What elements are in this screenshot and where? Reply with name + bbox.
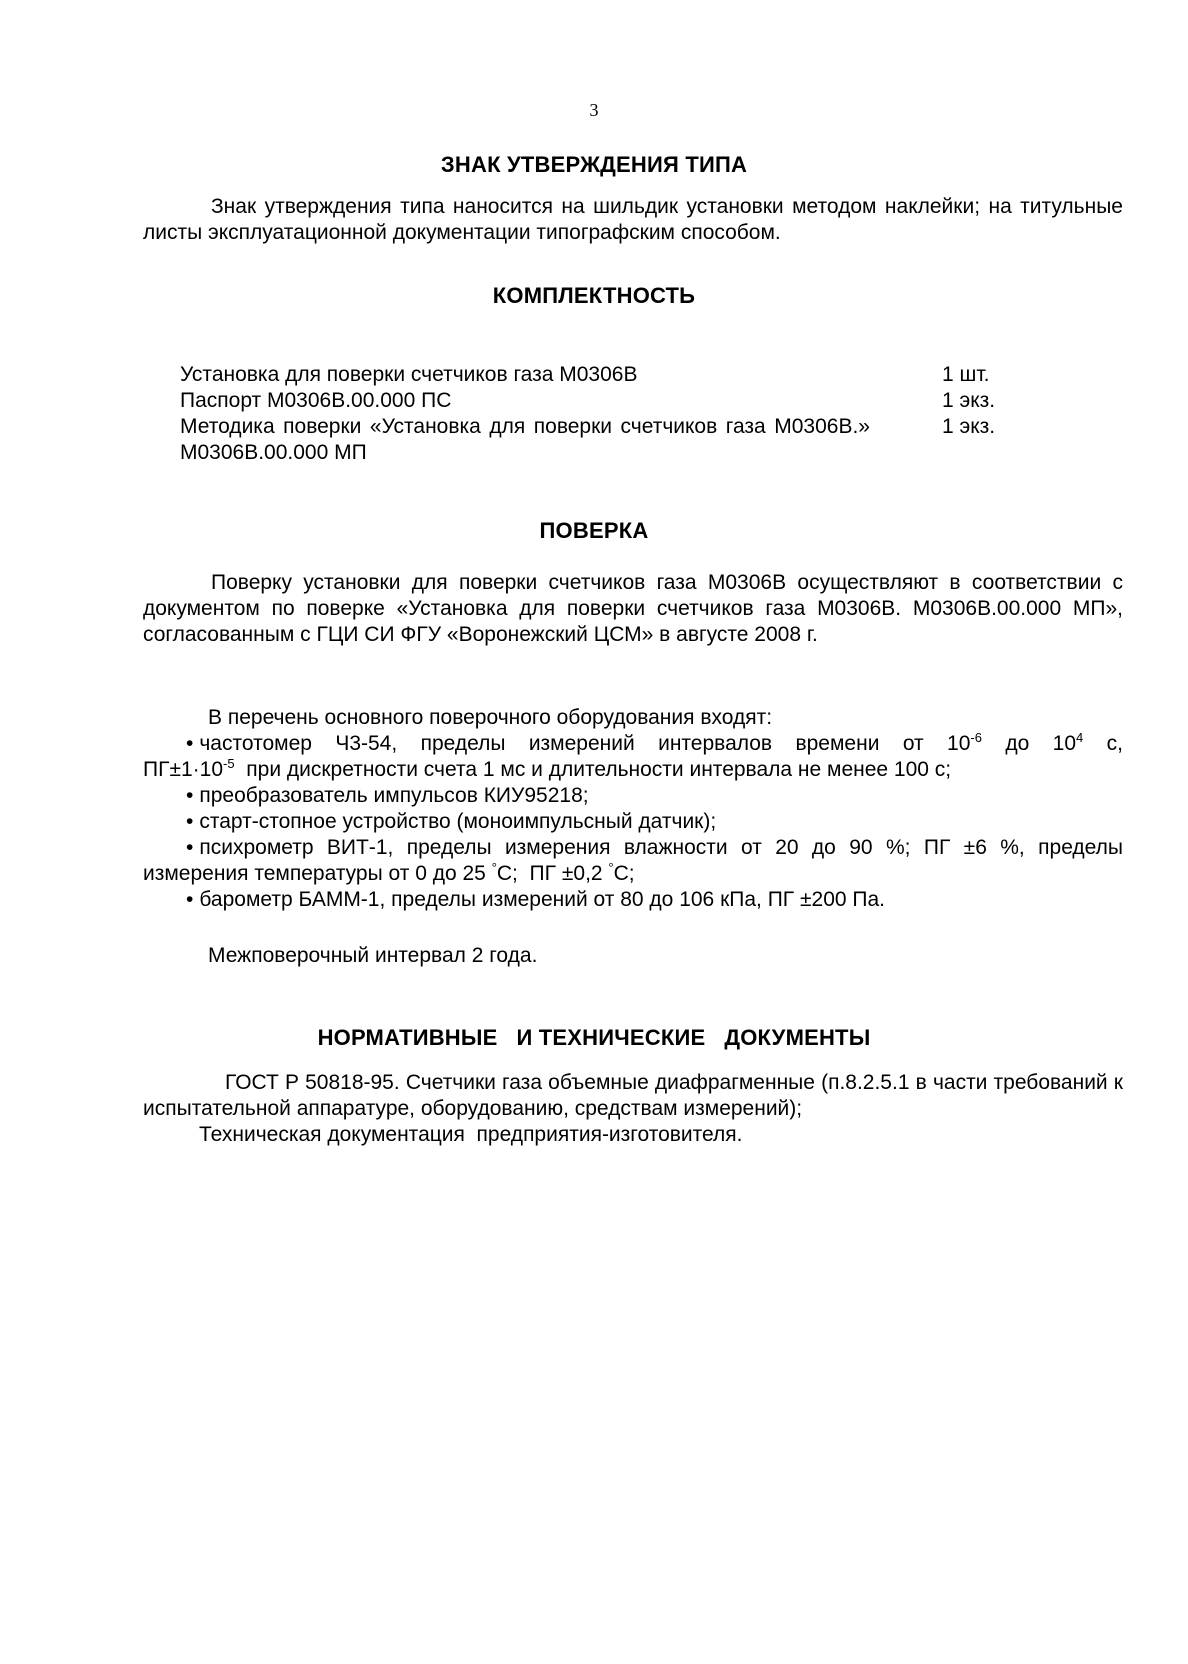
kit-item-qty: 1 шт. — [942, 362, 990, 388]
equipment-item-psychrometer: •психрометр ВИТ-1, пределы измерения вла… — [143, 835, 1123, 887]
kit-item-qty: 1 экз. — [942, 388, 995, 414]
heading-type-approval: ЗНАК УТВЕРЖДЕНИЯ ТИПА — [0, 152, 1188, 178]
bullet: • — [186, 809, 193, 835]
equipment-item-start-stop-device: •старт-стопное устройство (моноимпульсны… — [186, 809, 716, 835]
paragraph-verification: Поверку установки для поверки счетчиков … — [143, 570, 1123, 648]
paragraph-gost: ГОСТ Р 50818-95. Счетчики газа объемные … — [143, 1070, 1123, 1122]
equipment-item-pulse-converter: •преобразователь импульсов КИУ95218; — [186, 783, 589, 809]
equipment-intro: В перечень основного поверочного оборудо… — [208, 705, 772, 731]
equipment-item-barometer: •барометр БАММ-1, пределы измерений от 8… — [186, 887, 885, 913]
kit-item-name: Паспорт М0306В.00.000 ПС — [180, 388, 870, 414]
equipment-item-frequency-meter: •частотомер Ч3-54, пределы измерений инт… — [143, 731, 1123, 783]
paragraph-tech-doc: Техническая документация предприятия-изг… — [199, 1122, 742, 1148]
bullet: • — [186, 835, 193, 861]
heading-verification: ПОВЕРКА — [0, 518, 1188, 544]
heading-completeness: КОМПЛЕКТНОСТЬ — [0, 283, 1188, 309]
bullet: • — [186, 783, 193, 809]
kit-item-name: Методика поверки «Установка для поверки … — [180, 414, 870, 466]
kit-item-qty: 1 экз. — [942, 414, 995, 440]
paragraph-type-approval: Знак утверждения типа наносится на шильд… — [143, 194, 1123, 246]
bullet: • — [186, 731, 193, 757]
kit-item-name: Установка для поверки счетчиков газа М03… — [180, 362, 870, 388]
verification-interval: Межповерочный интервал 2 года. — [208, 943, 537, 969]
page-number: 3 — [0, 100, 1188, 121]
heading-normative-documents: НОРМАТИВНЫЕ И ТЕХНИЧЕСКИЕ ДОКУМЕНТЫ — [0, 1025, 1188, 1051]
bullet: • — [186, 887, 193, 913]
